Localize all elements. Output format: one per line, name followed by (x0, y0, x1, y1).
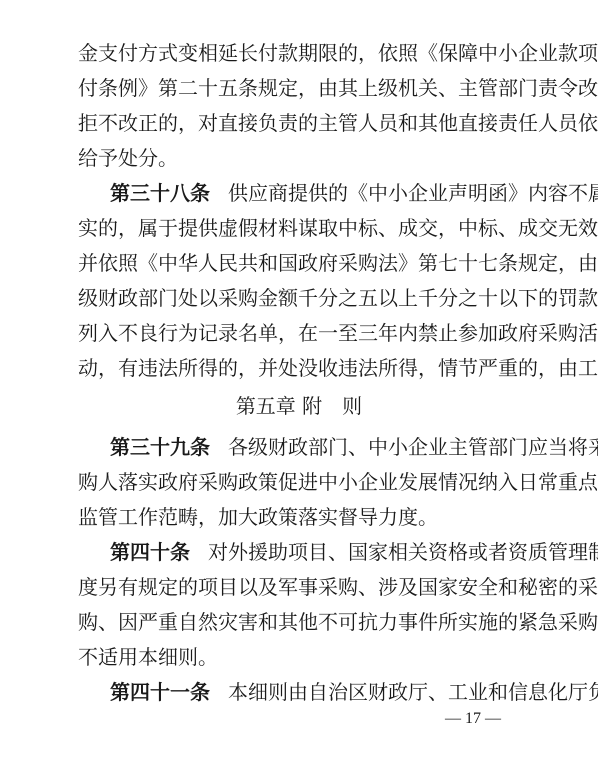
text-line: 动，有违法所得的，并处没收违法所得，情节严重的，由工商 (78, 353, 514, 383)
article-39-label: 第三十九条 (110, 435, 210, 459)
text-line: 购、因严重自然灾害和其他不可抗力事件所实施的紧急采购， (78, 607, 514, 637)
article-41-first-line: 第四十一条本细则由自治区财政厅、工业和信息化厅负 (110, 677, 514, 707)
text-span: 供应商提供的《中小企业声明函》内容不属 (228, 181, 598, 205)
text-line: 金支付方式变相延长付款期限的，依照《保障中小企业款项支 (78, 38, 514, 68)
text-line: 付条例》第二十五条规定，由其上级机关、主管部门责令改正， (78, 73, 514, 103)
article-39-first-line: 第三十九条各级财政部门、中小企业主管部门应当将采 (110, 432, 514, 462)
text-line: 给予处分。 (78, 143, 514, 173)
text-line: 实的，属于提供虚假材料谋取中标、成交，中标、成交无效， (78, 213, 514, 243)
text-line: 级财政部门处以采购金额千分之五以上千分之十以下的罚款， (78, 283, 514, 313)
text-span: 对外援助项目、国家相关资格或者资质管理制 (208, 540, 598, 564)
text-line: 列入不良行为记录名单，在一至三年内禁止参加政府采购活 (78, 318, 514, 348)
page-number: — 17 — (445, 709, 501, 729)
text-span: 各级财政部门、中小企业主管部门应当将采 (228, 435, 598, 459)
article-40-first-line: 第四十条对外援助项目、国家相关资格或者资质管理制 (110, 537, 514, 567)
article-38-label: 第三十八条 (110, 181, 210, 205)
text-line: 监管工作范畴，加大政策落实督导力度。 (78, 502, 514, 532)
article-38-first-line: 第三十八条供应商提供的《中小企业声明函》内容不属 (110, 178, 514, 208)
document-page: 金支付方式变相延长付款期限的，依照《保障中小企业款项支 付条例》第二十五条规定，… (0, 0, 598, 782)
text-line: 购人落实政府采购政策促进中小企业发展情况纳入日常重点 (78, 467, 514, 497)
text-line: 并依照《中华人民共和国政府采购法》第七十七条规定，由各 (78, 248, 514, 278)
text-line: 度另有规定的项目以及军事采购、涉及国家安全和秘密的采 (78, 572, 514, 602)
article-41-label: 第四十一条 (110, 680, 210, 704)
chapter-heading: 第五章 附 则 (0, 391, 598, 421)
text-line: 不适用本细则。 (78, 642, 514, 672)
article-40-label: 第四十条 (110, 540, 190, 564)
text-line: 拒不改正的，对直接负责的主管人员和其他直接责任人员依法 (78, 108, 514, 138)
text-span: 本细则由自治区财政厅、工业和信息化厅负 (228, 680, 598, 704)
